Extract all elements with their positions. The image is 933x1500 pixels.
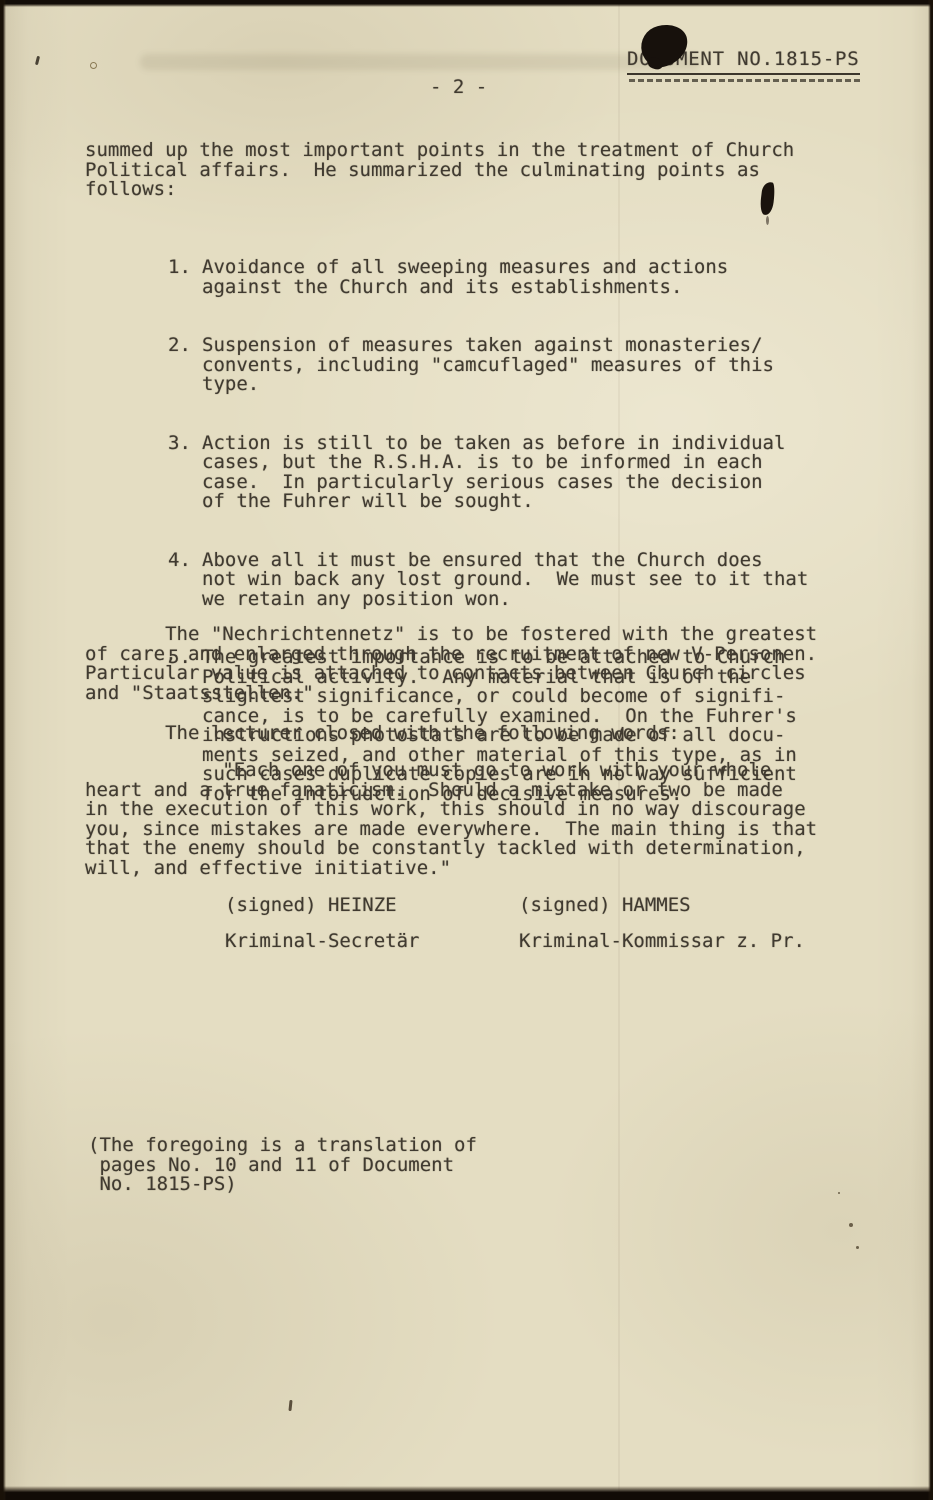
list-item-number: 3. [168, 434, 202, 454]
signature-right-title: Kriminal-Kommissar z. Pr. [519, 932, 805, 952]
paragraph-lecturer: The lecturer closed with the following w… [85, 724, 680, 744]
list-item-text: Suspension of measures taken against mon… [202, 336, 774, 395]
ghost-text-streak [140, 54, 700, 70]
paper-speck [35, 56, 40, 65]
paper-speck [849, 1223, 853, 1227]
list-item: 1. Avoidance of all sweeping measures an… [168, 258, 808, 297]
signature-left-title: Kriminal-Secretär [225, 932, 419, 952]
signature-right: (signed) HAMMES [519, 896, 691, 916]
scan-edge-right [928, 0, 933, 1500]
paper-speck [856, 1246, 859, 1249]
document-number-underline [629, 79, 860, 82]
paper-speck [90, 62, 97, 69]
list-item-text: Avoidance of all sweeping measures and a… [202, 258, 728, 297]
closing-quote-paragraph: "Each one of you must go to work with yo… [85, 761, 817, 878]
scan-edge-left [0, 0, 6, 1500]
scanned-document-page: DOCUMENT NO.1815-PS - 2 - summed up the … [0, 0, 933, 1500]
list-item-text: Above all it must be ensured that the Ch… [202, 551, 808, 610]
list-item: 2. Suspension of measures taken against … [168, 336, 808, 395]
paper-speck [838, 1192, 840, 1194]
list-item-number: 1. [168, 258, 202, 278]
list-item-text: Action is still to be taken as before in… [202, 434, 785, 512]
list-item-number: 2. [168, 336, 202, 356]
scan-edge-bottom [0, 1486, 933, 1500]
list-item: 4. Above all it must be ensured that the… [168, 551, 808, 610]
intro-paragraph: summed up the most important points in t… [85, 141, 794, 200]
list-item-number: 4. [168, 551, 202, 571]
numbered-list: 1. Avoidance of all sweeping measures an… [168, 219, 808, 843]
list-item: 3. Action is still to be taken as before… [168, 434, 808, 512]
paper-speck [288, 1400, 292, 1411]
scan-edge-top [0, 0, 933, 7]
translation-footnote: (The foregoing is a translation of pages… [88, 1136, 477, 1195]
paragraph-nachrichtennetz: The "Nechrichtennetz" is to be fostered … [85, 625, 817, 703]
page-number: - 2 - [430, 78, 487, 98]
ink-drip [766, 216, 769, 225]
signature-left: (signed) HEINZE [225, 896, 397, 916]
